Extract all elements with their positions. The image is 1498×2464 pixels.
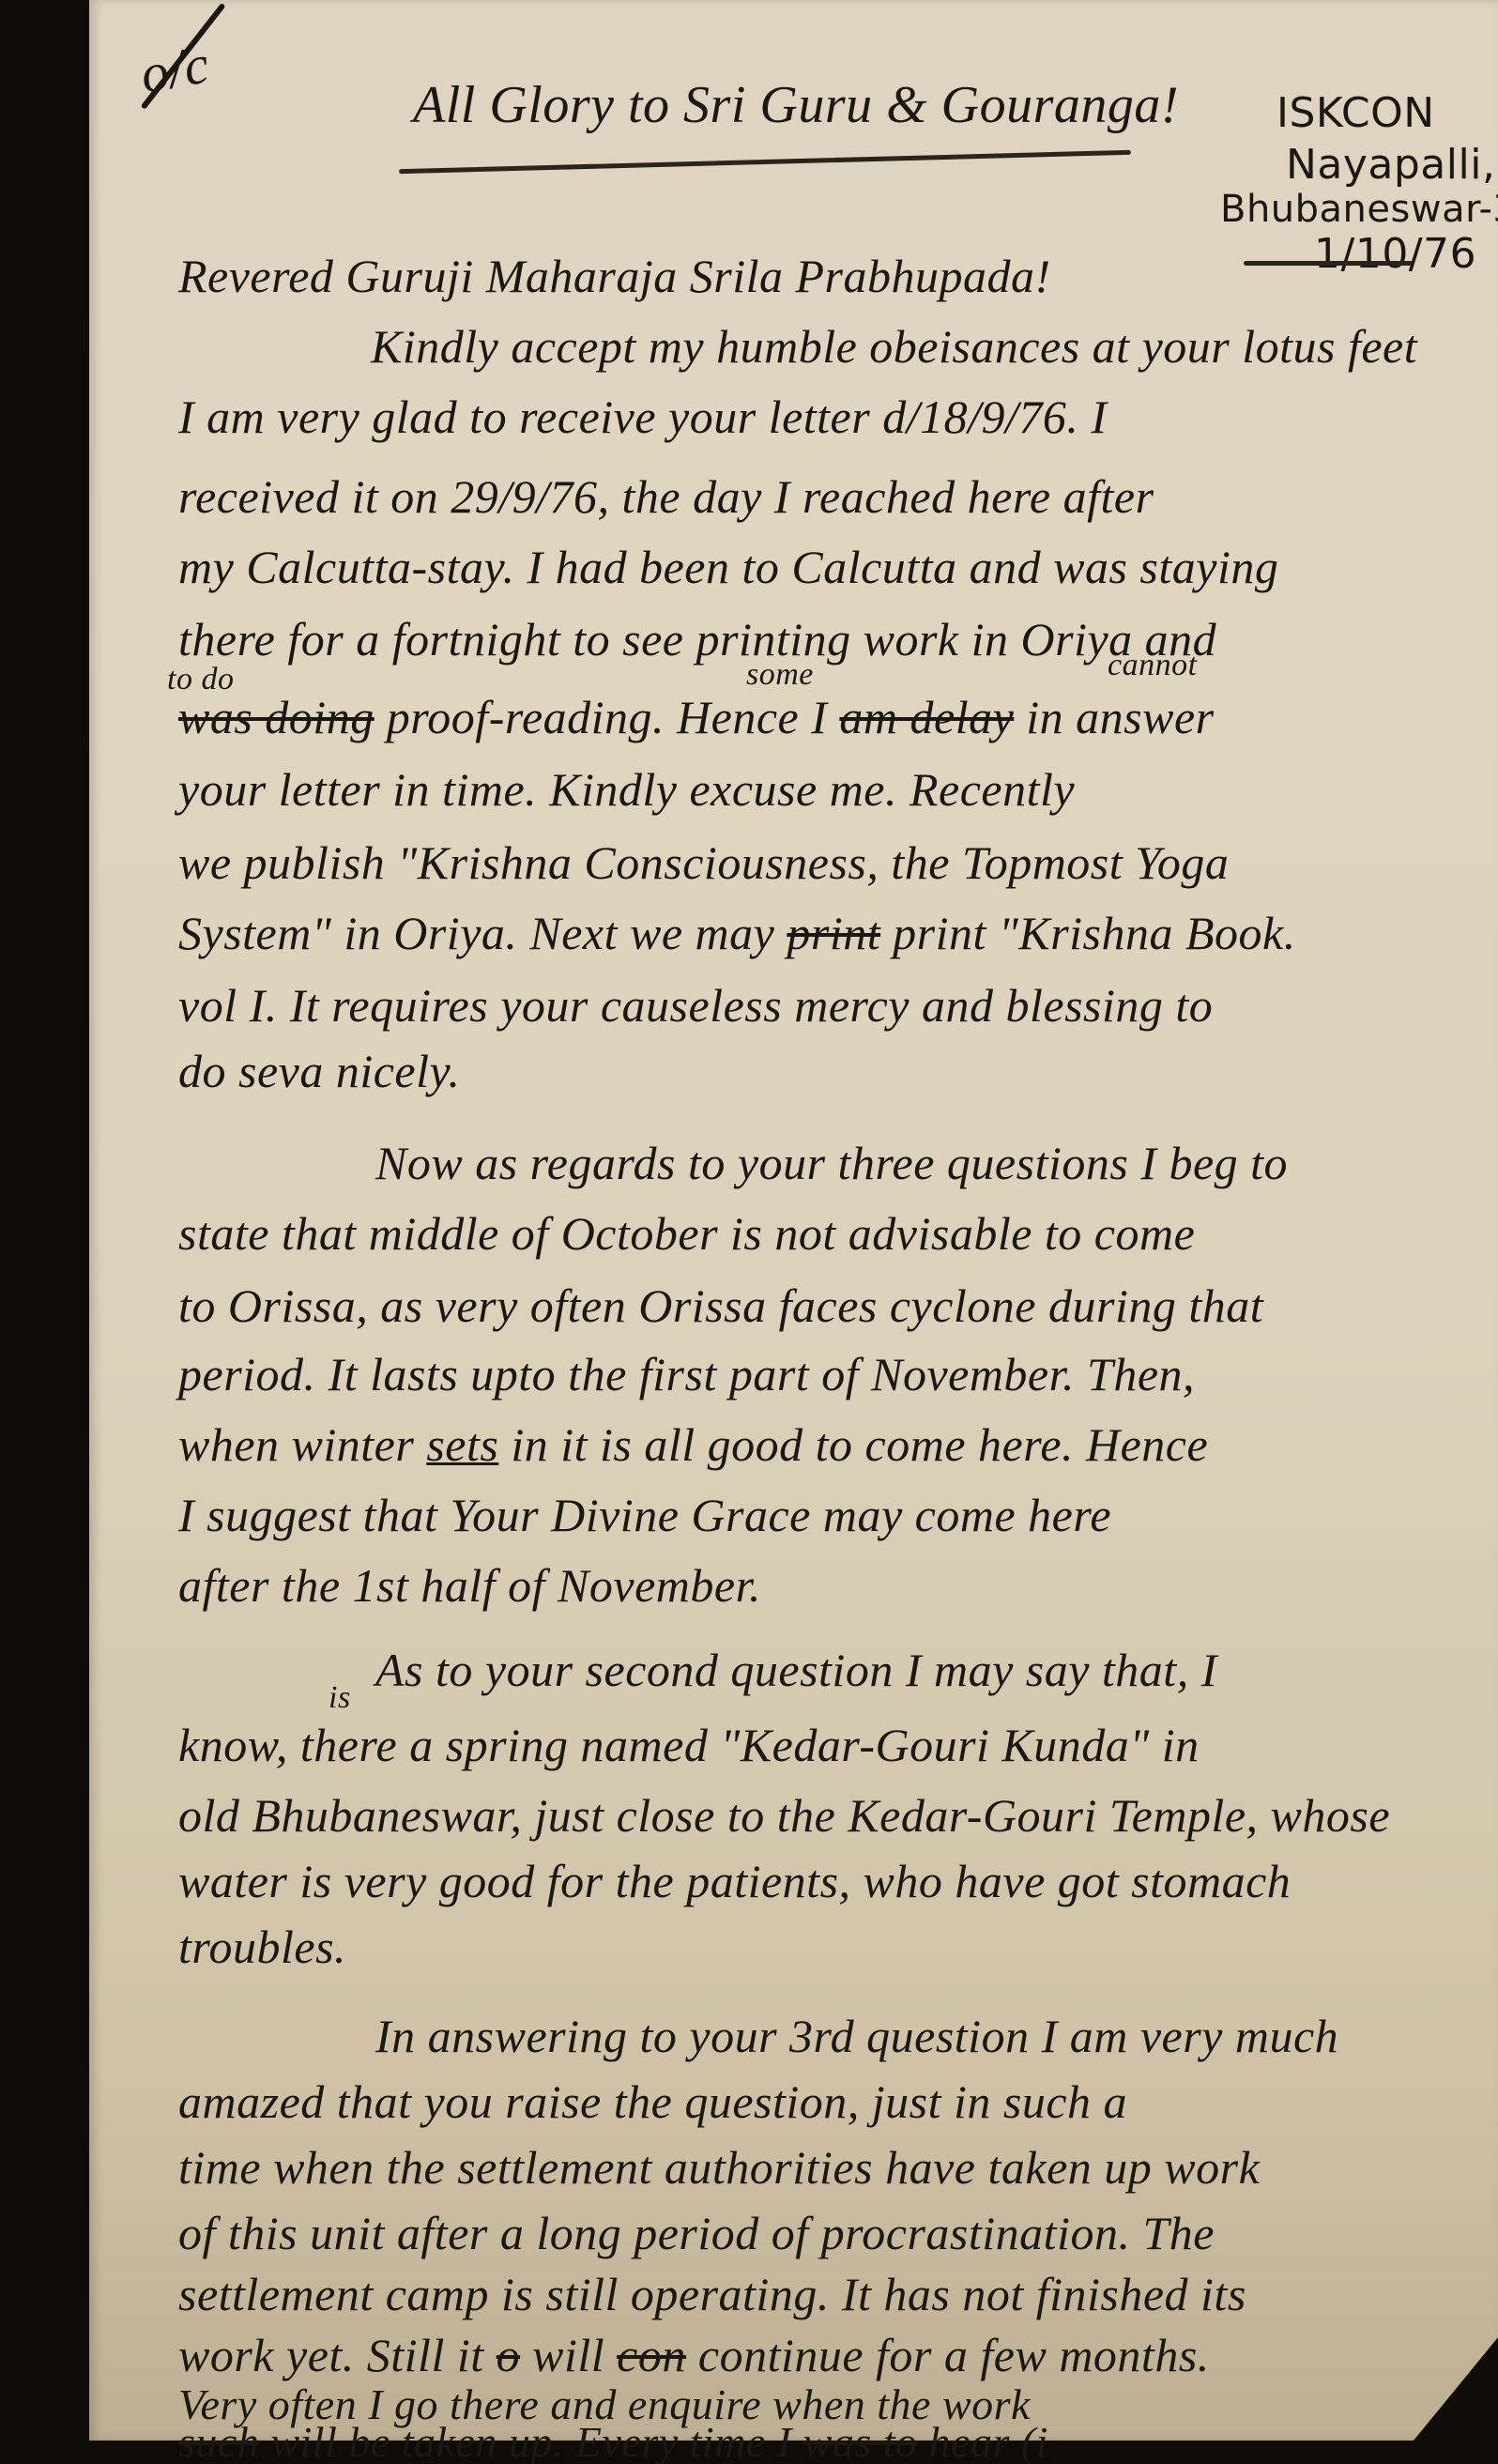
letter-line-28: settlement camp is still operating. It h… — [178, 2267, 1246, 2321]
strikeout-am-delay: am delay — [839, 691, 1014, 743]
letter-line-29: work yet. Still it o will con continue f… — [178, 2328, 1210, 2382]
letter-line-24: In answering to your 3rd question I am v… — [375, 2009, 1338, 2063]
strikeout-con: con — [617, 2329, 686, 2381]
insertion-some: some — [746, 657, 814, 693]
letter-line-26: time when the settlement authorities hav… — [178, 2140, 1260, 2195]
letter-line-10: vol I. It requires your causeless mercy … — [178, 978, 1213, 1033]
letter-heading: All Glory to Sri Guru & Gouranga! — [413, 75, 1179, 135]
letter-line-1: Kindly accept my humble obeisances at yo… — [371, 319, 1417, 374]
letter-line-16: when winter sets in it is all good to co… — [178, 1417, 1208, 1472]
letter-line-11: do seva nicely. — [178, 1044, 460, 1098]
letter-line-6: was doing proof-reading. Hence I am dela… — [178, 690, 1215, 744]
letter-line-15: period. It lasts upto the first part of … — [178, 1347, 1195, 1401]
address-line-1: ISKCON — [1276, 89, 1435, 137]
letter-line-3: received it on 29/9/76, the day I reache… — [178, 469, 1154, 524]
letter-line-12: Now as regards to your three questions I… — [375, 1136, 1288, 1190]
letter-line-8: we publish "Krishna Consciousness, the T… — [178, 835, 1229, 890]
strikeout-o: o — [497, 2329, 521, 2381]
strikeout-was-to: was to — [803, 2418, 918, 2464]
letter-line-20: know, there a spring named "Kedar-Gouri … — [178, 1718, 1200, 1772]
letter-line-17: I suggest that Your Divine Grace may com… — [178, 1488, 1111, 1542]
insertion-is: is — [329, 1680, 351, 1716]
letter-line-23: troubles. — [178, 1920, 346, 1974]
letter-date: 1/10/76 — [1314, 230, 1476, 278]
strikeout-was-doing: was doing — [178, 691, 374, 743]
letter-line-5: there for a fortnight to see printing wo… — [178, 612, 1216, 666]
letter-line-7: your letter in time. Kindly excuse me. R… — [178, 762, 1075, 817]
letter-line-13: state that middle of October is not advi… — [178, 1206, 1195, 1261]
letter-line-4: my Calcutta-stay. I had been to Calcutta… — [178, 540, 1278, 594]
address-line-2: Nayapalli, — [1286, 141, 1495, 189]
date-underline — [1244, 261, 1413, 266]
letter-line-19: As to your second question I may say tha… — [375, 1643, 1217, 1697]
letter-line-21: old Bhubaneswar, just close to the Kedar… — [178, 1788, 1390, 1843]
insertion-cannot: cannot — [1108, 648, 1198, 683]
letter-line-18: after the 1st half of November. — [178, 1558, 761, 1613]
salutation: Revered Guruji Maharaja Srila Prabhupada… — [178, 249, 1051, 303]
letter-line-2: I am very glad to receive your letter d/… — [178, 390, 1108, 444]
letter-line-27: of this unit after a long period of proc… — [178, 2206, 1215, 2260]
strikeout-print: print — [787, 907, 880, 959]
strikeout-such: such — [178, 2418, 259, 2464]
letter-line-25: amazed that you raise the question, just… — [178, 2074, 1127, 2129]
letter-line-14: to Orissa, as very often Orissa faces cy… — [178, 1278, 1263, 1333]
address-line-3: Bhubaneswar-3 — [1220, 188, 1498, 231]
letter-line-22: water is very good for the patients, who… — [178, 1854, 1291, 1908]
letter-line-9: System" in Oriya. Next we may print prin… — [178, 906, 1296, 960]
underlined-sets: sets — [426, 1418, 498, 1471]
letter-line-31: such will be taken up. Every time I was … — [178, 2417, 1048, 2464]
